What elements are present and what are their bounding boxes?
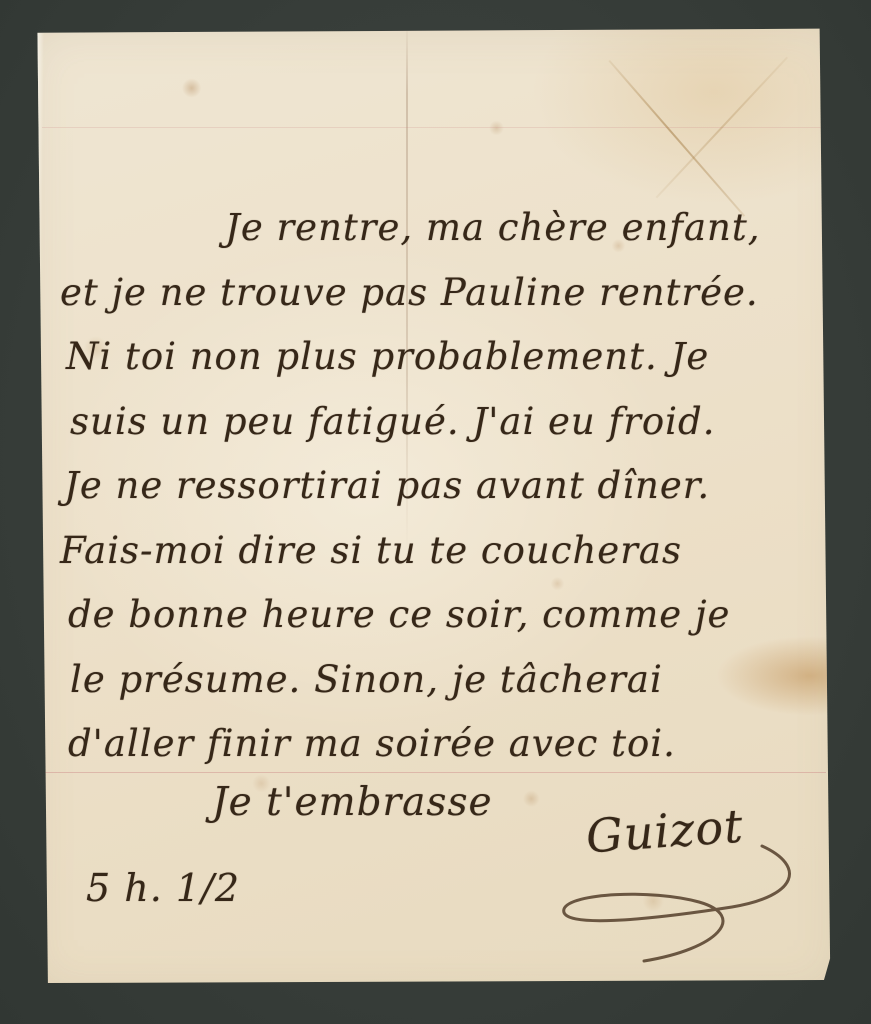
letter-line: Fais-moi dire si tu te coucheras [60,519,840,584]
diagonal-crease-1 [609,60,745,216]
letter-line: et je ne trouve pas Pauline rentrée. [60,261,840,326]
letter-line: d'aller finir ma soirée avec toi. [60,712,840,777]
letter-paper: Je rentre, ma chère enfant, et je ne tro… [0,0,871,1024]
paper-left-edge-highlight [30,33,44,753]
ruled-line-top [42,127,826,128]
letter-line: suis un peu fatigué. J'ai eu froid. [60,390,840,455]
letter-line: Je ne ressortirai pas avant dîner. [60,454,840,519]
letter-line: Je rentre, ma chère enfant, [60,196,840,261]
photo-background: Je rentre, ma chère enfant, et je ne tro… [0,0,871,1024]
time-note: 5 h. 1/2 [86,866,240,910]
letter-line: de bonne heure ce soir, comme je [60,583,840,648]
letter-line: le présume. Sinon, je tâcherai [60,648,840,713]
letter-body: Je rentre, ma chère enfant, et je ne tro… [60,196,840,777]
letter-line: Ni toi non plus probablement. Je [60,325,840,390]
signature: Guizot [584,799,745,864]
closing-line: Je t'embrasse [212,780,493,825]
